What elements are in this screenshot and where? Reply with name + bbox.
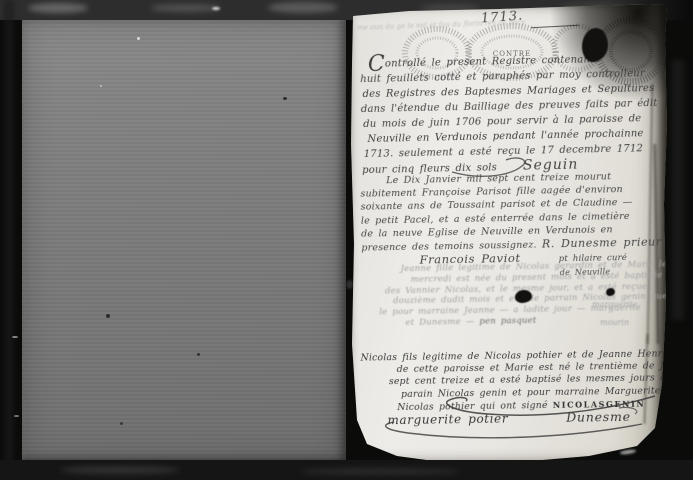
manuscript-page: me aun du ge le mil et fau du florin rey… — [349, 4, 667, 466]
book-cover-board — [22, 20, 346, 462]
board-speck — [106, 314, 110, 318]
strip-smudge — [150, 4, 220, 12]
signature-marguerite: marguerite potier — [387, 412, 508, 428]
dark-ink-fragment: pen pasquet — [479, 316, 536, 327]
archival-scan-photo: me aun du ge le mil et fau du florin rey… — [0, 0, 693, 480]
page-edge-mark — [346, 280, 353, 289]
scan-bottom-strip — [0, 460, 693, 480]
year-annotation: 1713. — [481, 9, 524, 27]
margin-fragment: mourin — [600, 318, 629, 327]
strip-smudge — [28, 3, 88, 13]
board-speck — [120, 422, 123, 425]
left-band-streak — [4, 0, 14, 480]
debris-speck — [620, 449, 636, 455]
board-speck — [283, 97, 287, 100]
paragraph-controle: Controllé le present Registre contenant … — [360, 51, 659, 178]
strip-smudge — [300, 468, 460, 475]
manuscript-line-text: et Dunesme — — [405, 317, 474, 328]
signature-dunesme: Dunesme — [566, 409, 631, 425]
strip-smudge — [268, 2, 338, 13]
manuscript-line-text: Nicolas pothier qui ont signé — [397, 400, 548, 413]
paragraph-baptism-nicolas: Nicolas fils legitime de Nicolas pothier… — [358, 347, 693, 428]
board-speck — [197, 353, 200, 356]
strip-smudge — [60, 466, 180, 474]
signature-dunesme-inline: R. Dunesme prieur — [542, 235, 662, 250]
board-speck — [137, 37, 140, 40]
background-band — [672, 60, 684, 320]
left-band-speck — [12, 336, 18, 338]
strip-speck — [212, 7, 220, 10]
margin-fragment: marguerite — [592, 300, 638, 309]
left-band-speck — [14, 415, 19, 417]
board-speck — [100, 85, 102, 87]
signature-nicolas-genin: NICOLASGENIN — [553, 398, 646, 409]
